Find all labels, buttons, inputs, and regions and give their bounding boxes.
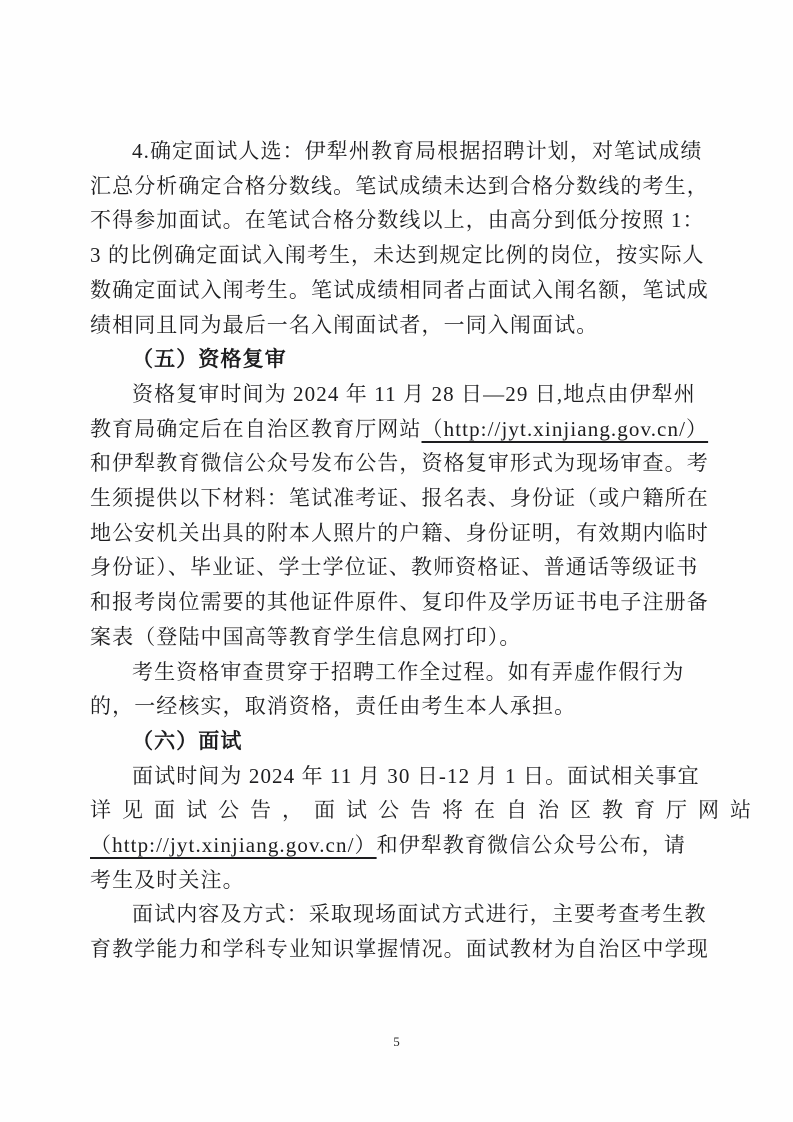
paragraph-line: 详见面试公告，面试公告将在自治区教育厅网站 [90, 793, 704, 828]
paragraph-line: 和报考岗位需要的其他证件原件、复印件及学历证书电子注册备 [90, 585, 704, 620]
page-number: 5 [0, 1034, 793, 1050]
paragraph-line: 考生资格审查贯穿于招聘工作全过程。如有弄虚作假行为 [90, 655, 704, 690]
paragraph-line: 生须提供以下材料：笔试准考证、报名表、身份证（或户籍所在 [90, 481, 704, 516]
paragraph-line: 数确定面试入闱考生。笔试成绩相同者占面试入闱名额，笔试成 [90, 273, 704, 308]
paragraph-line: 不得参加面试。在笔试合格分数线以上，由高分到低分按照 1： [90, 203, 704, 238]
section-heading-qualification-review: （五）资格复审 [90, 342, 704, 377]
paragraph-line: 教育局确定后在自治区教育厅网站（http://jyt.xinjiang.gov.… [90, 412, 704, 447]
paragraph-line: 地公安机关出具的附本人照片的户籍、身份证明，有效期内临时 [90, 516, 704, 551]
paragraph-line: 面试内容及方式：采取现场面试方式进行，主要考查考生教 [90, 897, 704, 932]
paragraph-line: 4.确定面试人选：伊犁州教育局根据招聘计划，对笔试成绩 [90, 134, 704, 169]
paragraph-line: 绩相同且同为最后一名入闱面试者，一同入闱面试。 [90, 308, 704, 343]
paragraph-line: 的，一经核实，取消资格，责任由考生本人承担。 [90, 689, 704, 724]
section-heading-interview: （六）面试 [90, 724, 704, 759]
paragraph-line: 育教学能力和学科专业知识掌握情况。面试教材为自治区中学现 [90, 932, 704, 967]
paragraph-line: 案表（登陆中国高等教育学生信息网打印）。 [90, 620, 704, 655]
url-link[interactable]: （http://jyt.xinjiang.gov.cn/） [90, 833, 377, 857]
paragraph-line: 面试时间为 2024 年 11 月 30 日-12 月 1 日。面试相关事宜 [90, 759, 704, 794]
url-link[interactable]: （http://jyt.xinjiang.gov.cn/） [422, 417, 709, 441]
paragraph-line: 3 的比例确定面试入闱考生，未达到规定比例的岗位，按实际人 [90, 238, 704, 273]
paragraph-line: 汇总分析确定合格分数线。笔试成绩未达到合格分数线的考生， [90, 169, 704, 204]
document-content: 4.确定面试人选：伊犁州教育局根据招聘计划，对笔试成绩 汇总分析确定合格分数线。… [90, 134, 704, 967]
paragraph-line: 资格复审时间为 2024 年 11 月 28 日—29 日,地点由伊犁州 [90, 377, 704, 412]
paragraph-text: 和伊犁教育微信公众号公布，请 [377, 833, 686, 857]
paragraph-line: 身份证）、毕业证、学士学位证、教师资格证、普通话等级证书 [90, 550, 704, 585]
paragraph-line: （http://jyt.xinjiang.gov.cn/）和伊犁教育微信公众号公… [90, 828, 704, 863]
paragraph-text: 教育局确定后在自治区教育厅网站 [90, 417, 422, 441]
paragraph-line: 和伊犁教育微信公众号发布公告，资格复审形式为现场审查。考 [90, 446, 704, 481]
document-page: 4.确定面试人选：伊犁州教育局根据招聘计划，对笔试成绩 汇总分析确定合格分数线。… [0, 0, 793, 1122]
paragraph-line: 考生及时关注。 [90, 863, 704, 898]
